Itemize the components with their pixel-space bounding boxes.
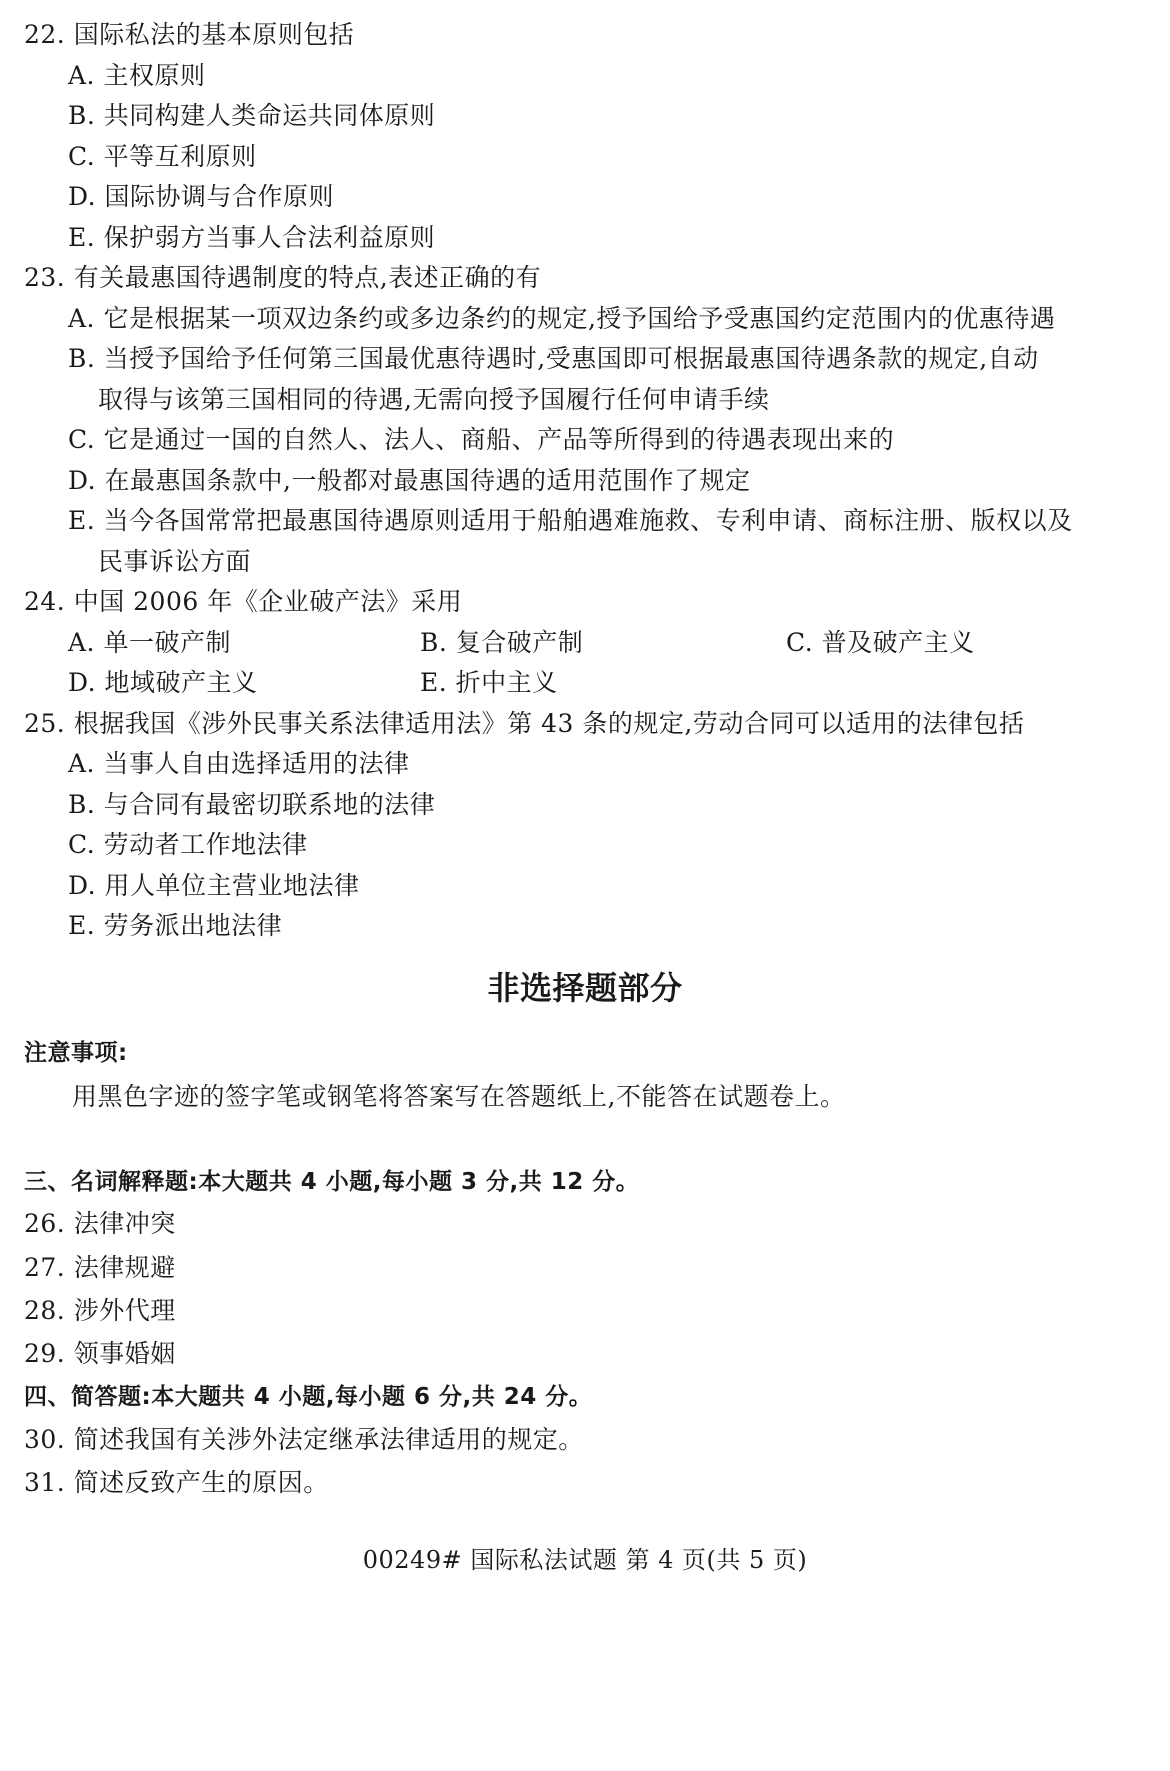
question-24-option-a: A. 单一破产制 <box>68 626 231 660</box>
question-23-option-a: A. 它是根据某一项双边条约或多边条约的规定,授予国给予受惠国约定范围内的优惠待… <box>68 302 1055 336</box>
question-26: 26. 法律冲突 <box>24 1207 176 1241</box>
section-4-heading: 四、简答题:本大题共 4 小题,每小题 6 分,共 24 分。 <box>24 1380 592 1414</box>
question-22-stem: 22. 国际私法的基本原则包括 <box>24 18 354 52</box>
question-22-option-b: B. 共同构建人类命运共同体原则 <box>68 99 435 133</box>
question-25-option-e: E. 劳务派出地法律 <box>68 909 282 943</box>
question-25-option-a: A. 当事人自由选择适用的法律 <box>68 747 409 781</box>
notice-text: 用黑色字迹的签字笔或钢笔将答案写在答题纸上,不能答在试题卷上。 <box>72 1080 845 1114</box>
question-25-option-c: C. 劳动者工作地法律 <box>68 828 308 862</box>
question-23-stem: 23. 有关最惠国待遇制度的特点,表述正确的有 <box>24 261 541 295</box>
question-27: 27. 法律规避 <box>24 1251 176 1285</box>
question-25-option-b: B. 与合同有最密切联系地的法律 <box>68 788 435 822</box>
question-29: 29. 领事婚姻 <box>24 1337 176 1371</box>
question-22-option-d: D. 国际协调与合作原则 <box>68 180 334 214</box>
question-24-option-d: D. 地域破产主义 <box>68 666 258 700</box>
question-30: 30. 简述我国有关涉外法定继承法律适用的规定。 <box>24 1423 584 1457</box>
page-footer: 00249# 国际私法试题 第 4 页(共 5 页) <box>0 1543 1170 1577</box>
question-31: 31. 简述反致产生的原因。 <box>24 1466 329 1500</box>
question-24-option-b: B. 复合破产制 <box>420 626 583 660</box>
question-24-option-c: C. 普及破产主义 <box>786 626 975 660</box>
section-3-heading: 三、名词解释题:本大题共 4 小题,每小题 3 分,共 12 分。 <box>24 1165 639 1199</box>
question-22-option-a: A. 主权原则 <box>68 59 205 93</box>
question-24-stem: 24. 中国 2006 年《企业破产法》采用 <box>24 585 462 619</box>
question-23-option-e: E. 当今各国常常把最惠国待遇原则适用于船舶遇难施救、专利申请、商标注册、版权以… <box>68 504 1073 538</box>
question-25-option-d: D. 用人单位主营业地法律 <box>68 869 360 903</box>
question-22-option-e: E. 保护弱方当事人合法利益原则 <box>68 221 435 255</box>
question-23-option-c: C. 它是通过一国的自然人、法人、商船、产品等所得到的待遇表现出来的 <box>68 423 894 457</box>
question-22-option-c: C. 平等互利原则 <box>68 140 257 174</box>
section-title-non-choice: 非选择题部分 <box>0 966 1170 1010</box>
notice-label: 注意事项: <box>24 1036 128 1070</box>
question-23-option-b: B. 当授予国给予任何第三国最优惠待遇时,受惠国即可根据最惠国待遇条款的规定,自… <box>68 342 1039 376</box>
question-23-option-b-cont: 取得与该第三国相同的待遇,无需向授予国履行任何申请手续 <box>98 383 769 417</box>
question-28: 28. 涉外代理 <box>24 1294 176 1328</box>
question-24-option-e: E. 折中主义 <box>420 666 558 700</box>
question-23-option-d: D. 在最惠国条款中,一般都对最惠国待遇的适用范围作了规定 <box>68 464 751 498</box>
question-23-option-e-cont: 民事诉讼方面 <box>98 545 251 579</box>
question-25-stem: 25. 根据我国《涉外民事关系法律适用法》第 43 条的规定,劳动合同可以适用的… <box>24 707 1024 741</box>
